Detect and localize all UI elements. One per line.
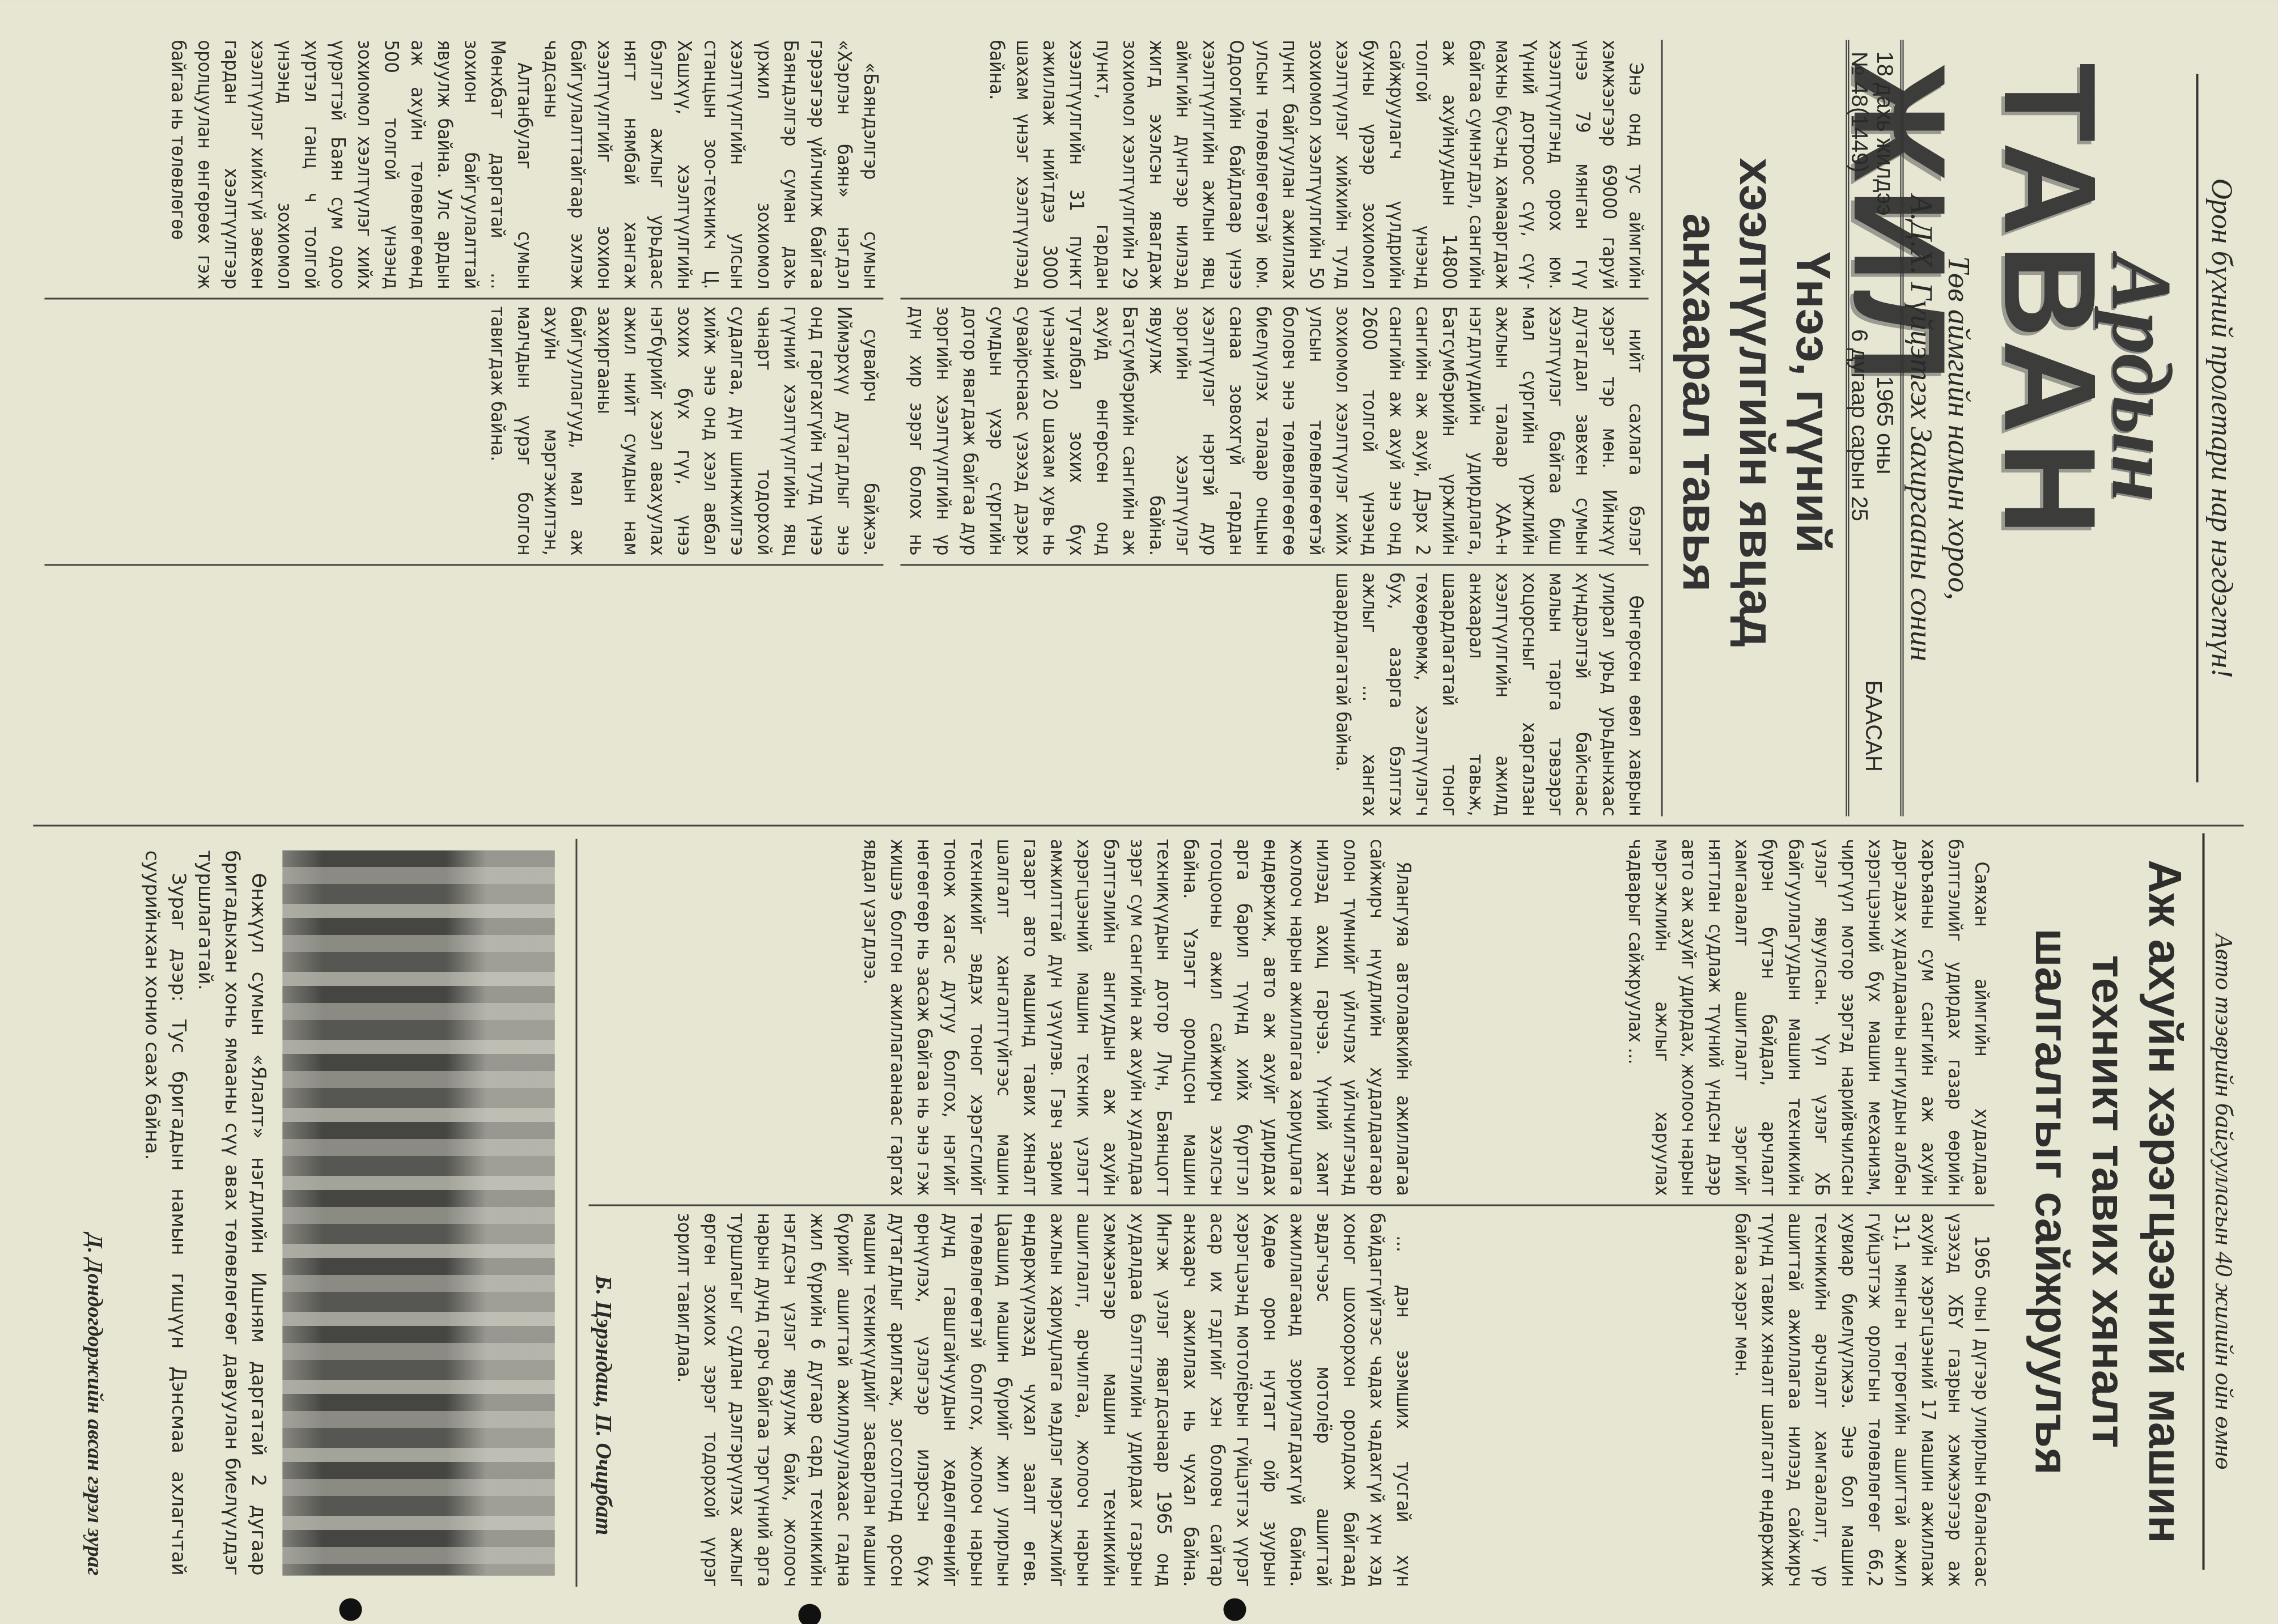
news-photo (283, 851, 555, 1576)
weekday: БААСАН (1860, 681, 1886, 805)
divider (901, 564, 1649, 566)
paragraph: «Баяндэлгэр сумын «Хэрлэн баян» нэгдэл г… (537, 40, 884, 290)
divider (45, 298, 884, 300)
paragraph: Энэ онд тус аймгийн хэмжээгээр 69000 гар… (983, 40, 1649, 290)
divider (901, 298, 1649, 300)
lead-column-4: «Баяндэлгэр сумын «Хэрлэн баян» нэгдэл г… (45, 40, 884, 290)
lead-column-5: сувайрч байжээ. Иймэрхүү дутагдлыг энэ о… (45, 307, 884, 556)
caption-paragraph: Зураг дээр: Тус бригадын намын гишүүн Дэ… (138, 851, 192, 1576)
issue-number: № 48(1449) (1846, 52, 1872, 222)
caption-paragraph: Өнжүүл сумын «Ялалт» нэгдлийн Ишням дарг… (192, 851, 272, 1576)
divider (1661, 40, 1663, 817)
lead-headline: Үнээ, гүүний хээлтүүлгийн явцад анхаарал… (1672, 91, 1842, 715)
article-signature: Б. Цэрэндаш, П. Очирбат (591, 1276, 617, 1536)
paragraph: Ялангуяа автолавкийн ажиллагаа сайжирч н… (857, 839, 1416, 1196)
paragraph: Алтанбулаг сумын Мөнхбат даргатай ... зо… (164, 40, 537, 290)
divider (33, 825, 2244, 827)
divider (589, 1205, 1995, 1206)
dateline-date: 1965 оны 6 дугаар сарын 25 (1846, 284, 1897, 567)
divider (576, 839, 578, 1587)
publisher-line-2: А.Д.Х. Гүйцэтгэх Захиргааны сонин (1903, 40, 1940, 817)
right-column-3: Ялангуяа автолавкийн ажиллагаа сайжирч н… (595, 839, 1416, 1196)
slogan: Орон бүхний пролетари нар нэгдэгтүн! (2205, 40, 2238, 817)
photo-credit: Д. Дондогдоржийн авсан гэрэл зураг (82, 851, 107, 1576)
paragraph: Саяхан аймгийн худалдаа бэлтгэлийг удирд… (1622, 839, 1995, 1196)
publisher-line-1: Төв аймгийн намын хороо, (1940, 40, 1978, 817)
punch-hole (799, 1604, 821, 1624)
volume-year: 18 дахь жилдээ (1872, 52, 1897, 222)
paragraph: Өнгөрсөн өвөл хаврын улирал урьд урьдынх… (1329, 573, 1649, 817)
lead-column-2: нийт сахлага бэлэг хэрэг тэр мөн. Ийнхүү… (901, 307, 1649, 556)
masthead: Орон бүхний пролетари нар нэгдэгтүн! Ард… (1859, 40, 2244, 817)
punch-hole (340, 1599, 362, 1621)
paragraph: нийт сахлага бэлэг хэрэг тэр мөн. Ийнхүү… (901, 307, 1649, 556)
dateline-volume: 18 дахь жилдээ № 48(1449) (1846, 52, 1897, 222)
divider (45, 564, 884, 566)
publisher: Төв аймгийн намын хороо, А.Д.Х. Гүйцэтгэ… (1903, 40, 1978, 817)
right-column-1: Саяхан аймгийн худалдаа бэлтгэлийг удирд… (1428, 839, 1995, 1196)
lead-column-3: Өнгөрсөн өвөл хаврын улирал урьд урьдынх… (901, 573, 1649, 817)
newspaper-page: Орон бүхний пролетари нар нэгдэгтүн! Ард… (0, 1, 2278, 1624)
date: 6 дугаар сарын 25 (1846, 284, 1872, 567)
paragraph: 1965 оны I дүгээр улирлын балансаас үзэх… (1728, 1213, 1995, 1587)
paragraph: сувайрч байжээ. Иймэрхүү дутагдлыг энэ о… (484, 307, 884, 556)
right-kicker: Авто тээврийн байгууллагын 40 жилийн ойн… (2203, 834, 2238, 1570)
right-column-4: ... дэн эзэмших тусгай хүн байдаггүйгээс… (623, 1213, 1416, 1587)
punch-hole (1224, 1599, 1246, 1621)
paragraph: ... дэн эзэмших тусгай хүн байдаггүйгээс… (671, 1213, 1416, 1587)
photo-caption: Өнжүүл сумын «Ялалт» нэгдлийн Ишням дарг… (138, 851, 272, 1576)
right-headline: Аж ахуйн хэрэгцээний машин техникт тавих… (2023, 834, 2193, 1570)
year: 1965 оны (1872, 284, 1897, 567)
right-column-2: 1965 оны I дүгээр улирлын балансаас үзэх… (1428, 1213, 1995, 1587)
divider (2196, 74, 2199, 783)
lead-column-1: Энэ онд тус аймгийн хэмжээгээр 69000 гар… (901, 40, 1649, 290)
dateline: 18 дахь жилдээ № 48(1449) 1965 оны 6 дуг… (1846, 40, 1904, 817)
